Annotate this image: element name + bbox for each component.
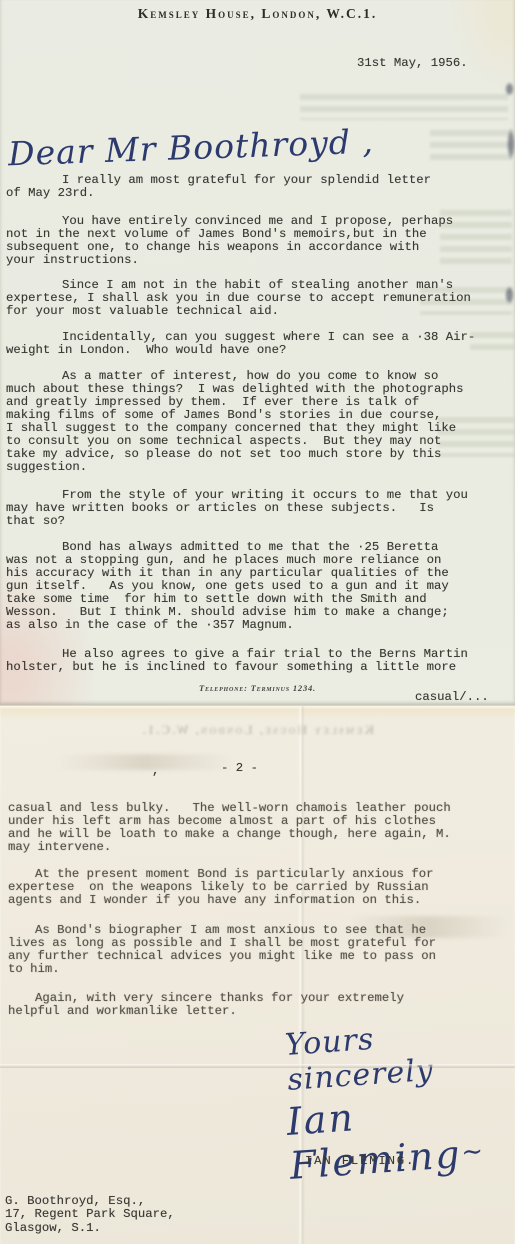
typed-paragraph: From the style of your writing it occurs…: [6, 489, 508, 528]
letterhead: Kemsley House, London, W.C.1.: [0, 6, 515, 22]
letter-page-1: Kemsley House, London, W.C.1. 31st May, …: [0, 0, 515, 705]
typed-sender-name: IAN FLEMING.: [305, 1155, 415, 1168]
typed-paragraph: As a matter of interest, how do you come…: [6, 370, 508, 474]
signature-flourish: ~: [460, 1136, 486, 1168]
typed-paragraph: I really am most grateful for your splen…: [6, 174, 508, 200]
date-line: 31st May, 1956.: [357, 57, 468, 70]
typed-paragraph: Again, with very sincere thanks for your…: [8, 992, 508, 1018]
ink-smudge: [507, 128, 515, 160]
bleedthrough-smudge: [438, 415, 514, 457]
signature-name: Ian Fleming: [285, 1095, 463, 1188]
letter-scan: Kemsley House, London, W.C.1. 31st May, …: [0, 0, 515, 1244]
bleedthrough-letterhead: Kemsley House, London, W.C.1.: [0, 723, 515, 738]
bleedthrough-smudge: [430, 128, 512, 166]
handwritten-closing: Yours sincerely: [284, 1012, 515, 1098]
fold-crease-horizontal: [0, 1064, 515, 1068]
bleedthrough-smudge: [440, 208, 512, 264]
page-number: - 2 -: [0, 762, 497, 775]
handwritten-salutation: Dear Mr Boothroyd ,: [7, 122, 374, 174]
recipient-address: G. Boothroyd, Esq., 17, Regent Park Squa…: [5, 1195, 175, 1235]
typed-paragraph: Incidentally, can you suggest where I ca…: [6, 331, 508, 357]
typed-paragraph: casual and less bulky. The well-worn cha…: [8, 802, 508, 854]
bleedthrough-smudge: [470, 330, 514, 352]
ink-smudge: [505, 82, 514, 96]
ink-smudge: [505, 286, 514, 304]
handwritten-signature: Ian Fleming~: [285, 1084, 515, 1188]
typed-paragraph: At the present moment Bond is particular…: [8, 868, 508, 907]
bleedthrough-smudge: [420, 285, 512, 315]
continuation-mark: casual/...: [415, 691, 489, 704]
typed-paragraph: Bond has always admitted to me that the …: [6, 541, 508, 632]
typed-paragraph: He also agrees to give a fair trial to t…: [6, 648, 508, 674]
letter-page-2: Kemsley House, London, W.C.1. , - 2 - ca…: [0, 706, 515, 1244]
typed-paragraph: You have entirely convinced me and I pro…: [6, 215, 508, 267]
bleedthrough-smudge: [300, 92, 508, 120]
typed-paragraph: As Bond's biographer I am most anxious t…: [8, 924, 508, 976]
